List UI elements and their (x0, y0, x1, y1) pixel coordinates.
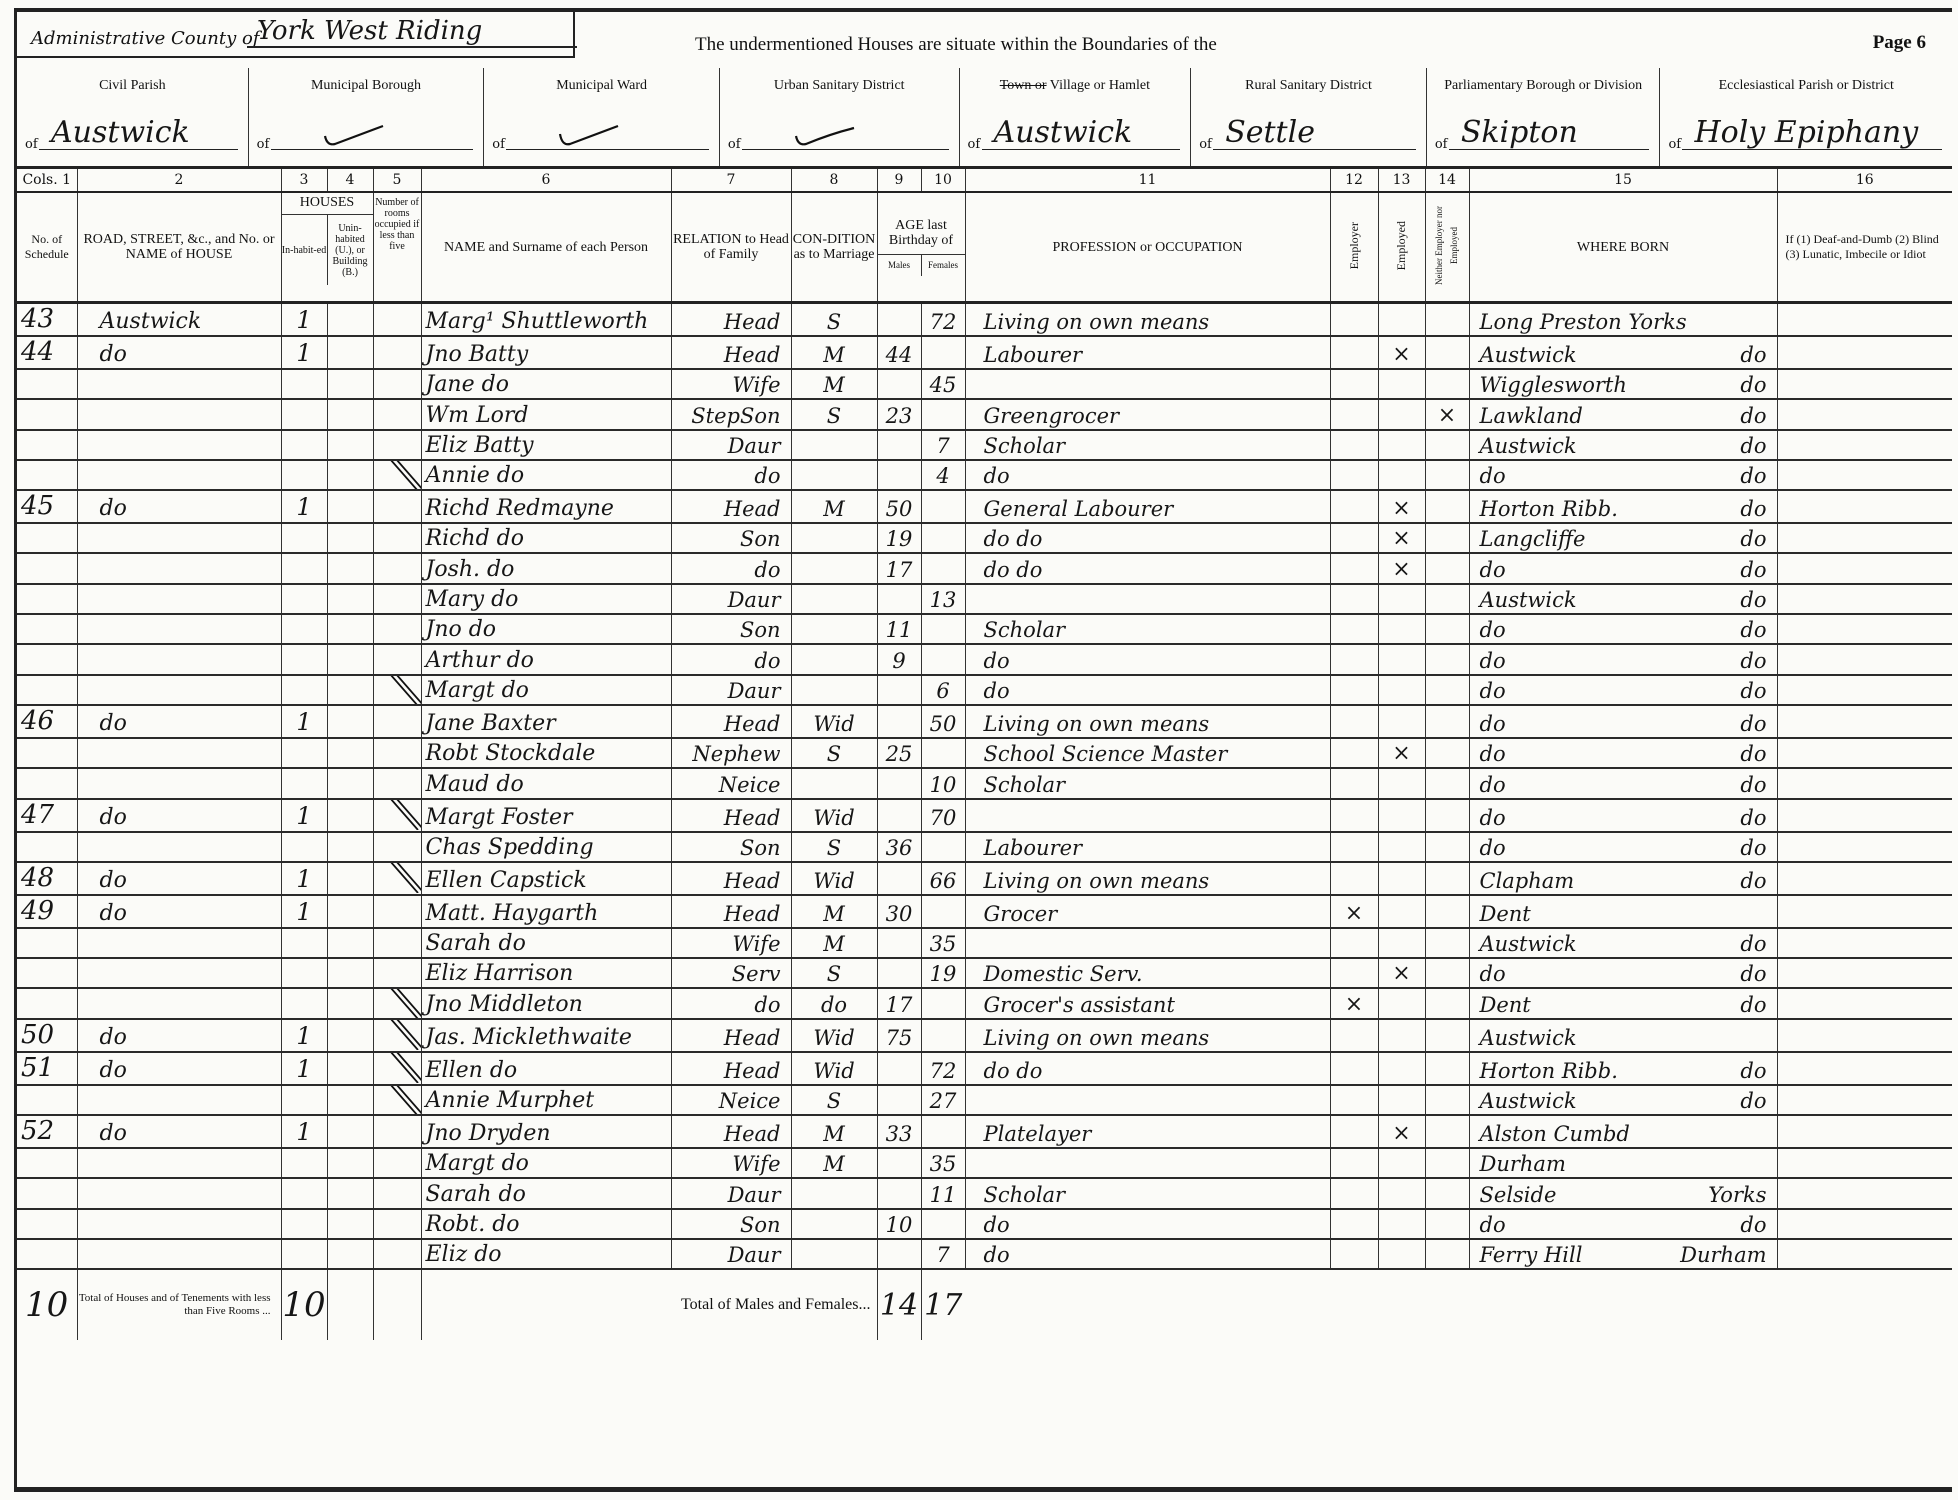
age-males-cell (877, 1239, 921, 1269)
table-row: 43Austwick1Marg¹ ShuttleworthHeadS72Livi… (17, 303, 1952, 337)
relation-cell: Nephew (671, 738, 791, 768)
table-row: 48do1Ellen CapstickHeadWid66Living on ow… (17, 862, 1952, 895)
table-row: Robt StockdaleNephewS25School Science Ma… (17, 738, 1952, 768)
relation-cell: do (671, 988, 791, 1018)
born-county: do (1740, 1059, 1772, 1083)
schedule-cell (17, 1085, 77, 1115)
neither-cell (1425, 336, 1469, 369)
rooms-cell (373, 523, 421, 553)
road-cell: do (77, 705, 281, 738)
relation-cell: Head (671, 895, 791, 928)
road-cell (77, 1178, 281, 1208)
condition-cell: M (791, 336, 877, 369)
road-cell (77, 644, 281, 674)
name-cell: Sarah do (421, 928, 671, 958)
where-born-cell: dodo (1469, 460, 1777, 490)
table-row: 47do1Margt FosterHeadWid70dodo (17, 799, 1952, 832)
rooms-cell (373, 553, 421, 583)
employer-cell (1330, 1085, 1378, 1115)
table-row: Wm LordStepSonS23Greengrocer×Lawklanddo (17, 399, 1952, 429)
born-county: do (1740, 962, 1772, 986)
schedule-cell (17, 523, 77, 553)
age-males-cell (877, 460, 921, 490)
employed-cell (1378, 1019, 1425, 1052)
administrative-county-box: Administrative County of York West Ridin… (17, 12, 575, 58)
age-females-cell (921, 523, 965, 553)
rooms-cell (373, 1085, 421, 1115)
col-number: 15 (1469, 169, 1777, 192)
age-males-cell: 11 (877, 614, 921, 644)
age-males-cell (877, 675, 921, 705)
age-males-cell (877, 1052, 921, 1085)
employer-cell (1330, 553, 1378, 583)
table-row: Sarah doDaur11ScholarSelsideYorks (17, 1178, 1952, 1208)
neither-cell (1425, 738, 1469, 768)
table-row: 49do1Matt. HaygarthHeadM30Grocer×Dent (17, 895, 1952, 928)
road-cell (77, 1148, 281, 1178)
infirmity-cell (1777, 303, 1952, 337)
neither-cell (1425, 768, 1469, 798)
relation-cell: Son (671, 1209, 791, 1239)
name-cell: Eliz do (421, 1239, 671, 1269)
inhabited-cell: 1 (281, 862, 327, 895)
uninhabited-cell (327, 303, 373, 337)
inhabited-cell (281, 399, 327, 429)
age-males-cell (877, 928, 921, 958)
condition-cell: S (791, 738, 877, 768)
employer-cell: × (1330, 895, 1378, 928)
total-males: 14 (877, 1269, 921, 1340)
born-place: Durham (1480, 1152, 1566, 1176)
table-row: Annie MurphetNeiceS27Austwickdo (17, 1085, 1952, 1115)
employer-cell (1330, 399, 1378, 429)
rooms-cell (373, 1239, 421, 1269)
where-born-cell: Claphamdo (1469, 862, 1777, 895)
relation-cell: Wife (671, 1148, 791, 1178)
uninhabited-cell (327, 523, 373, 553)
neither-cell (1425, 705, 1469, 738)
occupation-cell: Living on own means (965, 862, 1330, 895)
inhabited-cell (281, 523, 327, 553)
born-county: do (1740, 712, 1772, 736)
road-cell: do (77, 336, 281, 369)
inhabited-cell (281, 430, 327, 460)
area-municipal-ward: Municipal Ward of (484, 68, 720, 166)
employer-cell (1330, 430, 1378, 460)
occupation-cell: Grocer (965, 895, 1330, 928)
infirmity-cell (1777, 1052, 1952, 1085)
employed-cell: × (1378, 336, 1425, 369)
infirmity-cell (1777, 738, 1952, 768)
rooms-cell (373, 336, 421, 369)
born-county: Yorks (1708, 1183, 1772, 1207)
condition-cell (791, 523, 877, 553)
rooms-cell (373, 644, 421, 674)
inhabited-cell: 1 (281, 705, 327, 738)
employed-cell (1378, 768, 1425, 798)
road-cell (77, 1085, 281, 1115)
area-label: Urban Sanitary District (720, 78, 959, 93)
uninhabited-cell (327, 958, 373, 988)
area-label: Civil Parish (17, 78, 248, 93)
administrative-county-value: York West Riding (247, 16, 577, 48)
rooms-cell (373, 1148, 421, 1178)
relation-cell: Son (671, 832, 791, 862)
born-county: do (1740, 497, 1772, 521)
age-males-cell (877, 303, 921, 337)
where-born-cell: Langcliffedo (1469, 523, 1777, 553)
table-row: 46do1Jane BaxterHeadWid50Living on own m… (17, 705, 1952, 738)
age-females-cell: 45 (921, 369, 965, 399)
employed-cell (1378, 303, 1425, 337)
table-row: Jno doSon11Scholardodo (17, 614, 1952, 644)
age-males-cell: 25 (877, 738, 921, 768)
employed-cell: × (1378, 523, 1425, 553)
employer-cell (1330, 1019, 1378, 1052)
employer-cell (1330, 1178, 1378, 1208)
uninhabited-cell (327, 768, 373, 798)
employer-cell (1330, 832, 1378, 862)
infirmity-cell (1777, 584, 1952, 614)
age-females-cell (921, 738, 965, 768)
born-county: do (1740, 932, 1772, 956)
condition-cell: S (791, 958, 877, 988)
age-females-cell (921, 1115, 965, 1148)
infirmity-cell (1777, 958, 1952, 988)
relation-cell: Daur (671, 1178, 791, 1208)
infirmity-cell (1777, 862, 1952, 895)
relation-cell: Head (671, 1019, 791, 1052)
road-cell (77, 1209, 281, 1239)
schedule-cell: 50 (17, 1019, 77, 1052)
condition-cell: Wid (791, 862, 877, 895)
area-label: Ecclesiastical Parish or District (1660, 78, 1952, 93)
uninhabited-cell (327, 1085, 373, 1115)
header-age-males: Males (878, 255, 921, 276)
employer-cell (1330, 460, 1378, 490)
area-value: Skipton (1461, 115, 1578, 150)
name-cell: Josh. do (421, 553, 671, 583)
born-county: do (1740, 806, 1772, 830)
header-occupation: PROFESSION or OCCUPATION (965, 192, 1330, 303)
col-number: 10 (921, 169, 965, 192)
schedule-cell: 52 (17, 1115, 77, 1148)
road-cell: do (77, 799, 281, 832)
header-infirmity: If (1) Deaf-and-Dumb (2) Blind (3) Lunat… (1777, 192, 1952, 303)
road-cell (77, 584, 281, 614)
occupation-cell: Grocer's assistant (965, 988, 1330, 1018)
born-place: Austwick (1480, 1089, 1577, 1113)
inhabited-cell: 1 (281, 1115, 327, 1148)
area-label: Rural Sanitary District (1191, 78, 1426, 93)
occupation-cell (965, 928, 1330, 958)
age-males-cell (877, 1178, 921, 1208)
inhabited-cell (281, 768, 327, 798)
struck-label: Town or (1000, 78, 1047, 93)
name-cell: Eliz Harrison (421, 958, 671, 988)
age-females-cell (921, 895, 965, 928)
double-slash-mark-icon (382, 1085, 422, 1115)
where-born-cell: Austwick (1469, 1019, 1777, 1052)
schedule-cell: 48 (17, 862, 77, 895)
inhabited-cell: 1 (281, 895, 327, 928)
relation-cell: Serv (671, 958, 791, 988)
rooms-cell (373, 958, 421, 988)
condition-cell (791, 614, 877, 644)
schedule-cell (17, 738, 77, 768)
employer-cell (1330, 705, 1378, 738)
age-males-cell: 75 (877, 1019, 921, 1052)
where-born-cell: Dentdo (1469, 988, 1777, 1018)
where-born-cell: dodo (1469, 799, 1777, 832)
infirmity-cell (1777, 336, 1952, 369)
schedule-cell (17, 675, 77, 705)
area-of: of (968, 137, 981, 152)
infirmity-cell (1777, 430, 1952, 460)
name-cell: Sarah do (421, 1178, 671, 1208)
road-cell: do (77, 1019, 281, 1052)
schedule-cell (17, 928, 77, 958)
born-place: Long Preston Yorks (1480, 310, 1687, 334)
area-urban-sanitary-district: Urban Sanitary District of (720, 68, 960, 166)
inhabited-cell (281, 832, 327, 862)
employer-cell (1330, 644, 1378, 674)
name-cell: Jno Middleton (421, 988, 671, 1018)
inhabited-cell (281, 1085, 327, 1115)
uninhabited-cell (327, 553, 373, 583)
employer-cell (1330, 336, 1378, 369)
table-row: Jno Middletondodo17Grocer's assistant×De… (17, 988, 1952, 1018)
road-cell (77, 460, 281, 490)
relation-cell: Head (671, 490, 791, 523)
road-cell (77, 738, 281, 768)
condition-cell (791, 1178, 877, 1208)
employer-cell (1330, 928, 1378, 958)
inhabited-cell: 1 (281, 303, 327, 337)
col-number: 14 (1425, 169, 1469, 192)
occupation-cell (965, 1085, 1330, 1115)
inhabited-cell (281, 584, 327, 614)
uninhabited-cell (327, 369, 373, 399)
total-houses-label: Total of Houses and of Tenements with le… (77, 1269, 281, 1340)
condition-cell: M (791, 1115, 877, 1148)
road-cell (77, 675, 281, 705)
age-females-cell: 6 (921, 675, 965, 705)
schedule-cell: 51 (17, 1052, 77, 1085)
age-males-cell (877, 862, 921, 895)
total-schedules: 10 (17, 1269, 77, 1340)
name-cell: Richd Redmayne (421, 490, 671, 523)
name-cell: Jas. Micklethwaite (421, 1019, 671, 1052)
age-females-cell (921, 1019, 965, 1052)
name-cell: Eliz Batty (421, 430, 671, 460)
schedule-cell (17, 460, 77, 490)
relation-cell: do (671, 644, 791, 674)
rooms-cell (373, 1115, 421, 1148)
age-males-cell (877, 369, 921, 399)
rooms-cell (373, 614, 421, 644)
occupation-cell: Labourer (965, 832, 1330, 862)
name-cell: Arthur do (421, 644, 671, 674)
name-cell: Annie Murphet (421, 1085, 671, 1115)
double-slash-mark-icon (382, 675, 422, 705)
age-females-cell: 35 (921, 928, 965, 958)
uninhabited-cell (327, 705, 373, 738)
employed-cell: × (1378, 490, 1425, 523)
header-road: ROAD, STREET, &c., and No. or NAME of HO… (77, 192, 281, 303)
condition-cell: do (791, 988, 877, 1018)
rooms-cell (373, 1019, 421, 1052)
name-cell: Jno Dryden (421, 1115, 671, 1148)
rooms-cell (373, 490, 421, 523)
infirmity-cell (1777, 1209, 1952, 1239)
born-county: do (1740, 869, 1772, 893)
where-born-cell: Wigglesworthdo (1469, 369, 1777, 399)
relation-cell: Head (671, 862, 791, 895)
header-houses: HOUSES In-habit-ed Unin-habited (U.), or… (281, 192, 373, 303)
schedule-cell (17, 430, 77, 460)
rooms-cell (373, 399, 421, 429)
census-page: Administrative County of York West Ridin… (14, 8, 1952, 1492)
neither-cell (1425, 614, 1469, 644)
inhabited-cell: 1 (281, 490, 327, 523)
rooms-cell (373, 928, 421, 958)
total-persons-label: Total of Males and Females... (421, 1269, 877, 1340)
employed-cell (1378, 460, 1425, 490)
occupation-cell (965, 799, 1330, 832)
road-cell: do (77, 1115, 281, 1148)
inhabited-cell (281, 928, 327, 958)
occupation-cell: Scholar (965, 430, 1330, 460)
road-cell (77, 614, 281, 644)
where-born-cell: SelsideYorks (1469, 1178, 1777, 1208)
born-place: do (1480, 962, 1506, 986)
employer-cell (1330, 1239, 1378, 1269)
age-females-cell: 4 (921, 460, 965, 490)
inhabited-cell (281, 988, 327, 1018)
inhabited-cell: 1 (281, 336, 327, 369)
rooms-cell (373, 768, 421, 798)
neither-cell (1425, 1052, 1469, 1085)
occupation-cell: Domestic Serv. (965, 958, 1330, 988)
occupation-cell (965, 369, 1330, 399)
totals-row: 10 Total of Houses and of Tenements with… (17, 1269, 1952, 1340)
area-of: of (492, 137, 505, 152)
uninhabited-cell (327, 1178, 373, 1208)
table-row: 51do1Ellen doHeadWid72do doHorton Ribb.d… (17, 1052, 1952, 1085)
born-county: do (1740, 773, 1772, 797)
rooms-cell (373, 303, 421, 337)
employed-cell: × (1378, 738, 1425, 768)
born-county: do (1740, 527, 1772, 551)
condition-cell: Wid (791, 1052, 877, 1085)
rooms-cell (373, 738, 421, 768)
condition-cell: M (791, 895, 877, 928)
neither-cell (1425, 1209, 1469, 1239)
occupation-cell: Scholar (965, 1178, 1330, 1208)
road-cell (77, 399, 281, 429)
uninhabited-cell (327, 399, 373, 429)
relation-cell: Head (671, 705, 791, 738)
uninhabited-cell (327, 1052, 373, 1085)
uninhabited-cell (327, 988, 373, 1018)
employer-cell (1330, 1209, 1378, 1239)
born-county: do (1740, 434, 1772, 458)
neither-cell (1425, 895, 1469, 928)
age-females-cell: 70 (921, 799, 965, 832)
occupation-cell: do do (965, 523, 1330, 553)
total-females: 17 (921, 1269, 965, 1340)
condition-cell: Wid (791, 799, 877, 832)
table-row: Jane doWifeM45Wigglesworthdo (17, 369, 1952, 399)
where-born-cell: dodo (1469, 553, 1777, 583)
age-females-cell (921, 490, 965, 523)
column-header-row: No. of Schedule ROAD, STREET, &c., and N… (17, 192, 1952, 303)
road-cell: Austwick (77, 303, 281, 337)
col-number: 6 (421, 169, 671, 192)
relation-cell: Head (671, 1052, 791, 1085)
where-born-cell: dodo (1469, 705, 1777, 738)
rooms-cell (373, 862, 421, 895)
neither-cell (1425, 1148, 1469, 1178)
employed-cell: × (1378, 553, 1425, 583)
employed-cell (1378, 799, 1425, 832)
employer-cell (1330, 584, 1378, 614)
age-females-cell: 19 (921, 958, 965, 988)
age-males-cell: 10 (877, 1209, 921, 1239)
inhabited-cell (281, 553, 327, 583)
condition-cell (791, 584, 877, 614)
area-label: Municipal Ward (484, 78, 719, 93)
relation-cell: do (671, 460, 791, 490)
born-county (1767, 310, 1773, 334)
employer-cell (1330, 862, 1378, 895)
employer-cell (1330, 490, 1378, 523)
infirmity-cell (1777, 644, 1952, 674)
infirmity-cell (1777, 1019, 1952, 1052)
condition-cell: M (791, 490, 877, 523)
born-county: do (1740, 343, 1772, 367)
employer-cell (1330, 369, 1378, 399)
road-cell (77, 1239, 281, 1269)
condition-cell (791, 553, 877, 583)
employed-cell (1378, 614, 1425, 644)
relation-cell: StepSon (671, 399, 791, 429)
relation-cell: Daur (671, 1239, 791, 1269)
double-slash-mark-icon (382, 862, 422, 893)
infirmity-cell (1777, 988, 1952, 1018)
condition-cell: M (791, 928, 877, 958)
rooms-cell (373, 584, 421, 614)
header-employed: Employed (1378, 192, 1425, 303)
area-rural-sanitary-district: Rural Sanitary District of Settle (1191, 68, 1427, 166)
born-county: do (1740, 993, 1772, 1017)
col-number: 13 (1378, 169, 1425, 192)
age-females-cell: 50 (921, 705, 965, 738)
road-cell (77, 523, 281, 553)
schedule-cell (17, 1209, 77, 1239)
rooms-cell (373, 705, 421, 738)
area-municipal-borough: Municipal Borough of (249, 68, 485, 166)
col-number: 11 (965, 169, 1330, 192)
name-cell: Jane Baxter (421, 705, 671, 738)
schedule-cell (17, 614, 77, 644)
employer-cell (1330, 1115, 1378, 1148)
infirmity-cell (1777, 399, 1952, 429)
born-place: do (1480, 806, 1506, 830)
neither-cell (1425, 675, 1469, 705)
age-males-cell: 50 (877, 490, 921, 523)
